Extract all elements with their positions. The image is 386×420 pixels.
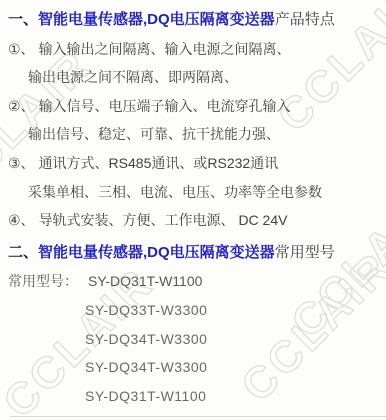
feature-number-1: ①、 [8, 41, 35, 57]
model-number: SY-DQ33T-W3300 [8, 296, 386, 325]
product-name: 智能电量传感器,DQ电压隔离变送器 [38, 11, 275, 28]
feature-text: 输入信号、电压端子输入、电流穿孔输入 [39, 98, 291, 114]
feature-item-4: ④、导轨式安装、方便、工作电源、 DC 24V [8, 206, 386, 235]
section-heading-models: 二、智能电量传感器,DQ电压隔离变送器常用型号 [8, 239, 386, 268]
section-heading-suffix: 常用型号 [275, 244, 335, 261]
model-number: SY-DQ31T-W1100 [88, 273, 202, 289]
feature-number-2: ②、 [8, 98, 35, 114]
model-list-label: 常用型号： [8, 273, 78, 289]
feature-text: 通讯方式、RS485通讯、或RS232通讯 [39, 155, 279, 171]
model-list-first-row: 常用型号：SY-DQ31T-W1100 [8, 267, 386, 296]
model-number: SY-DQ31T-W1100 [8, 382, 386, 411]
feature-text: 输入输出之间隔离、输入电源之间隔离、 [39, 41, 291, 57]
feature-item-2-continuation: 输出信号、稳定、可靠、抗干扰能力强、 [8, 120, 386, 149]
feature-item-3-continuation: 采集单相、三相、电流、电压、功率等全电参数 [8, 178, 386, 207]
feature-number-4: ④、 [8, 212, 35, 228]
feature-item-2: ②、输入信号、电压端子输入、电流穿孔输入 [8, 92, 386, 121]
product-name: 智能电量传感器,DQ电压隔离变送器 [38, 244, 275, 261]
feature-number-3: ③、 [8, 155, 35, 171]
section-number: 二、 [8, 244, 38, 261]
bottom-divider [10, 416, 386, 417]
section-heading-features: 一、智能电量传感器,DQ电压隔离变送器产品特点 [8, 6, 386, 35]
section-heading-suffix: 产品特点 [275, 11, 335, 28]
document-page: CCLAIR CCLAIR CCLAIR CCLAIR CCLAIR 一、智能电… [0, 0, 386, 420]
feature-item-1-continuation: 输出电源之间不隔离、即两隔离、 [8, 63, 386, 92]
feature-text: 导轨式安装、方便、工作电源、 DC 24V [39, 212, 288, 228]
section-number: 一、 [8, 11, 38, 28]
model-number: SY-DQ34T-W3300 [8, 325, 386, 354]
document-content: 一、智能电量传感器,DQ电压隔离变送器产品特点 ①、输入输出之间隔离、输入电源之… [0, 0, 386, 410]
model-number: SY-DQ34T-W3300 [8, 353, 386, 382]
feature-item-1: ①、输入输出之间隔离、输入电源之间隔离、 [8, 35, 386, 64]
feature-item-3: ③、通讯方式、RS485通讯、或RS232通讯 [8, 149, 386, 178]
